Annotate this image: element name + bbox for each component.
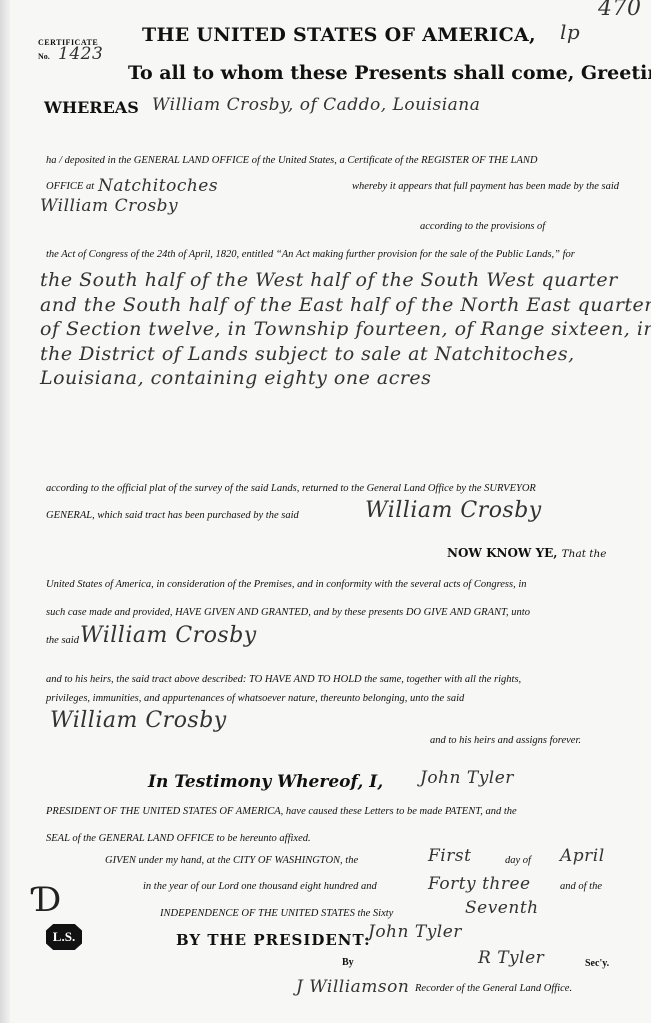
year-line: in the year of our Lord one thousand eig…: [143, 881, 377, 892]
recorder-signature: J Williamson: [296, 977, 409, 997]
day-value: First: [428, 846, 471, 866]
year-value: Forty three: [428, 874, 531, 894]
purchase-line: GENERAL, which said tract has been purch…: [46, 510, 299, 521]
whereas-label: WHEREAS: [44, 98, 139, 117]
office-at-label: OFFICE at: [46, 181, 94, 192]
and-of-the-label: and of the: [560, 881, 602, 892]
page-number: 470: [598, 0, 642, 21]
now-know-suffix: That the: [562, 548, 607, 560]
grantee-name-2: William Crosby: [80, 623, 257, 648]
president-name: John Tyler: [420, 768, 514, 788]
seal-line: SEAL of the GENERAL LAND OFFICE to be he…: [46, 833, 311, 844]
independence-line: INDEPENDENCE OF THE UNITED STATES the Si…: [160, 908, 393, 919]
habendum-line: and to his heirs, the said tract above d…: [46, 674, 521, 685]
greeting: To all to whom these Presents shall come…: [128, 62, 651, 84]
purchaser-name: William Crosby: [365, 498, 542, 523]
grantee-intro: William Crosby, of Caddo, Louisiana: [152, 95, 480, 115]
survey-line: according to the official plat of the su…: [46, 483, 536, 494]
certificate-number: 1423: [58, 44, 103, 64]
payment-line: whereby it appears that full payment has…: [352, 181, 619, 192]
heirs-line: and to his heirs and assigns forever.: [430, 735, 581, 746]
secretary-signature: R Tyler: [478, 948, 544, 968]
now-know-label: NOW KNOW YE,: [447, 546, 557, 560]
act-line: the Act of Congress of the 24th of April…: [46, 249, 575, 260]
corner-mark: lp: [560, 20, 580, 44]
month-value: April: [560, 846, 605, 866]
initials-mark: Ɗ: [34, 880, 61, 920]
privileges-line: privileges, immunities, and appurtenance…: [46, 693, 464, 704]
testimony-heading: In Testimony Whereof, I,: [148, 772, 383, 792]
grantee-name-3: William Crosby: [50, 708, 227, 733]
grantee-name: William Crosby: [40, 196, 178, 216]
given-line: GIVEN under my hand, at the CITY OF WASH…: [105, 855, 358, 866]
grant-line: such case made and provided, HAVE GIVEN …: [46, 607, 530, 618]
land-office-location: Natchitoches: [98, 176, 218, 196]
document-title: THE UNITED STATES OF AMERICA,: [142, 24, 536, 46]
president-signature: John Tyler: [368, 922, 462, 942]
deposit-line: ha / deposited in the GENERAL LAND OFFIC…: [46, 155, 538, 166]
scan-edge: [0, 0, 10, 1023]
by-label: By: [342, 957, 354, 968]
the-said-label: the said: [46, 635, 79, 646]
provisions-line: according to the provisions of: [420, 221, 545, 232]
certificate-no-label: No.: [38, 52, 50, 61]
patent-line: PRESIDENT OF THE UNITED STATES OF AMERIC…: [46, 806, 517, 817]
recorder-label: Recorder of the General Land Office.: [415, 983, 572, 994]
day-of-label: day of: [505, 855, 531, 866]
seal-badge: L.S.: [46, 924, 82, 950]
land-description: the South half of the West half of the S…: [40, 268, 651, 391]
by-the-president: BY THE PRESIDENT:: [176, 931, 371, 949]
consideration-line: United States of America, in considerati…: [46, 579, 527, 590]
now-know-ye: NOW KNOW YE, That the: [447, 546, 606, 560]
independence-value: Seventh: [465, 898, 539, 918]
secretary-label: Sec'y.: [585, 958, 609, 969]
